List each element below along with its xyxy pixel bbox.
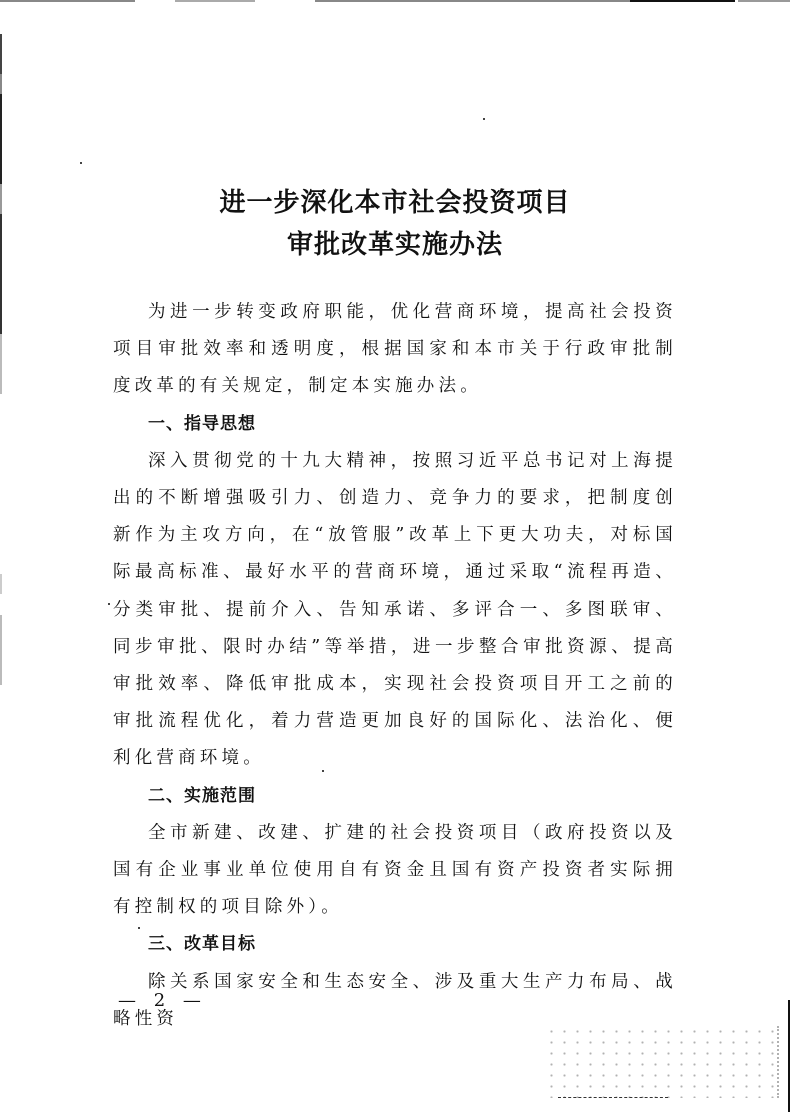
scan-stamp-dashed-line	[558, 1097, 668, 1098]
title-line-1: 进一步深化本市社会投资项目	[0, 182, 790, 224]
scope-paragraph: 全市新建、改建、扩建的社会投资项目（政府投资以及国有企业事业单位使用自有资金且国…	[113, 815, 677, 927]
page-number: — 2 —	[118, 990, 207, 1011]
scan-speck	[483, 118, 485, 120]
scan-speck	[322, 770, 324, 772]
title-line-2: 审批改革实施办法	[0, 224, 790, 266]
scan-speck	[138, 927, 140, 929]
intro-paragraph: 为进一步转变政府职能，优化营商环境，提高社会投资项目审批效率和透明度，根据国家和…	[113, 294, 677, 406]
document-body: 为进一步转变政府职能，优化营商环境，提高社会投资项目审批效率和透明度，根据国家和…	[113, 294, 677, 1038]
scan-left-edge	[0, 34, 2, 594]
section-heading-scope: 二、实施范围	[113, 778, 677, 815]
scan-top-edge	[0, 0, 790, 2]
section-heading-guiding-ideology: 一、指导思想	[113, 406, 677, 443]
scan-speck	[108, 603, 110, 605]
section-heading-reform-goals: 三、改革目标	[113, 926, 677, 963]
scan-speck	[80, 162, 82, 164]
document-title: 进一步深化本市社会投资项目 审批改革实施办法	[0, 182, 790, 266]
scan-left-edge-lower	[0, 615, 2, 685]
guiding-ideology-paragraph: 深入贯彻党的十九大精神，按照习近平总书记对上海提出的不断增强吸引力、创造力、竞争…	[113, 443, 677, 778]
scan-stamp-artifact	[545, 1026, 779, 1098]
